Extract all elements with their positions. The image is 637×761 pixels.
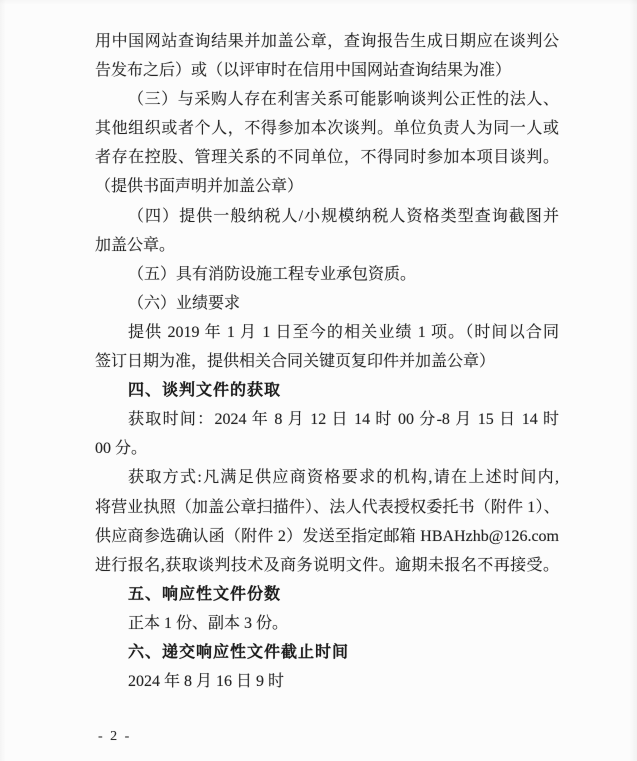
doc-line: 进行报名,获取谈判技术及商务说明文件。逾期未报名不再接受。: [95, 551, 559, 580]
section-heading-4: 四、谈判文件的获取: [95, 376, 559, 405]
doc-line: 者存在控股、管理关系的不同单位，不得同时参加本项目谈判。: [95, 143, 559, 172]
doc-line: （四）提供一般纳税人/小规模纳税人资格类型查询截图并: [95, 202, 559, 231]
scanned-document-page: 用中国网站查询结果并加盖公章，查询报告生成日期应在谈判公 告发布之后）或（以评审…: [0, 0, 637, 761]
doc-line: 获取方式:凡满足供应商资格要求的机构,请在上述时间内,: [95, 463, 559, 492]
doc-line-with-email: 供应商参选确认函（附件 2）发送至指定邮箱 HBAHzhb@126.com: [95, 522, 559, 551]
doc-line: 加盖公章。: [95, 231, 559, 260]
doc-line: （五）具有消防设施工程专业承包资质。: [95, 260, 559, 289]
doc-line: 获取时间：2024 年 8 月 12 日 14 时 00 分-8 月 15 日 …: [95, 405, 559, 434]
doc-line: 00 分。: [95, 434, 559, 463]
doc-line: 将营业执照（加盖公章扫描件）、法人代表授权委托书（附件 1）、: [95, 493, 559, 522]
doc-line: 用中国网站查询结果并加盖公章，查询报告生成日期应在谈判公: [95, 27, 559, 56]
document-body: 用中国网站查询结果并加盖公章，查询报告生成日期应在谈判公 告发布之后）或（以评审…: [95, 27, 559, 696]
doc-line: 2024 年 8 月 16 日 9 时: [95, 667, 559, 696]
doc-line: （六）业绩要求: [95, 289, 559, 318]
section-heading-5: 五、响应性文件份数: [95, 580, 559, 609]
page-number: - 2 -: [98, 727, 131, 747]
section-heading-6: 六、递交响应性文件截止时间: [95, 638, 559, 667]
doc-line: 提供 2019 年 1 月 1 日至今的相关业绩 1 项。（时间以合同: [95, 318, 559, 347]
doc-line: 签订日期为准，提供相关合同关键页复印件并加盖公章）: [95, 347, 559, 376]
doc-line: （提供书面声明并加盖公章）: [95, 172, 559, 201]
doc-line: 告发布之后）或（以评审时在信用中国网站查询结果为准）: [95, 56, 559, 85]
doc-line: 正本 1 份、副本 3 份。: [95, 609, 559, 638]
doc-line: （三）与采购人存在利害关系可能影响谈判公正性的法人、: [95, 85, 559, 114]
doc-line: 其他组织或者个人，不得参加本次谈判。单位负责人为同一人或: [95, 114, 559, 143]
